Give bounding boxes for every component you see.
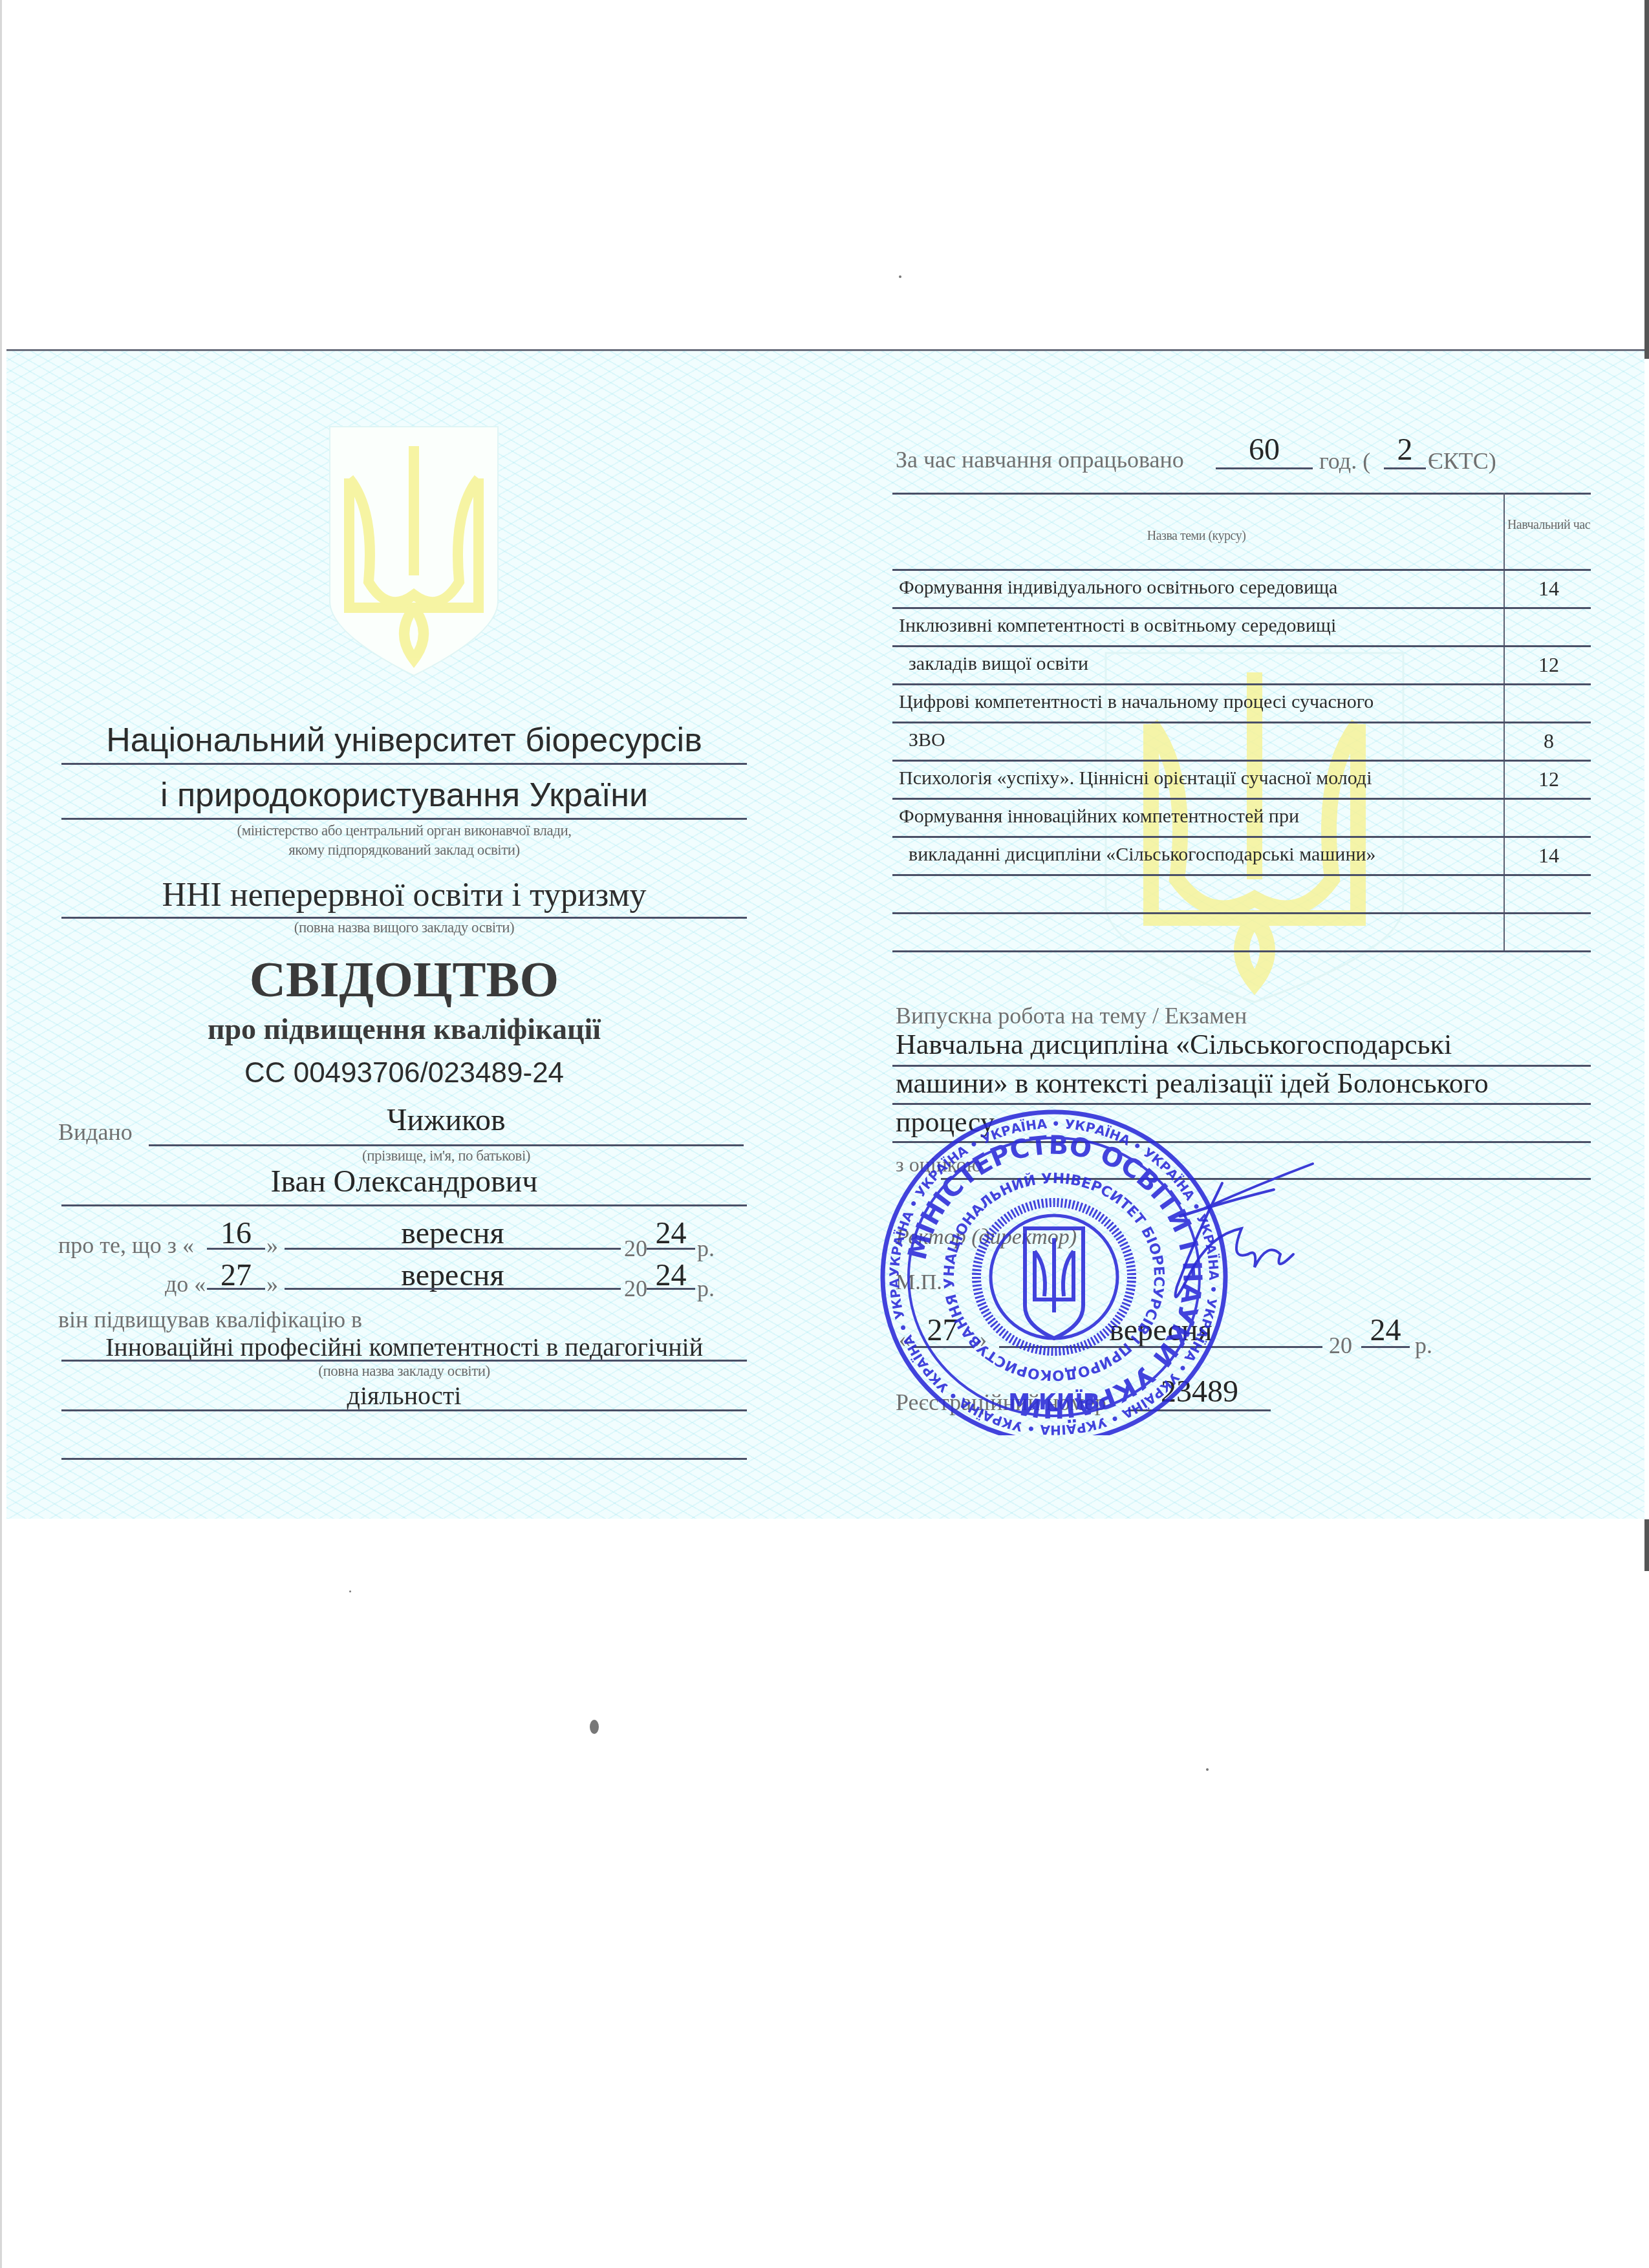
final-work-line2: машини» в контексті реалізації ідей Боло… xyxy=(896,1067,1489,1100)
svg-text:М.КИЇВ: М.КИЇВ xyxy=(1008,1389,1100,1415)
year-suffix: р. xyxy=(697,1275,715,1302)
underline xyxy=(61,1360,747,1362)
year-prefix: 20 xyxy=(624,1275,647,1302)
institution-name-line1: Національний університет біоресурсів xyxy=(61,721,747,760)
underline xyxy=(647,1248,695,1250)
table-row-topic: Формування інноваційних компетентностей … xyxy=(899,806,1299,828)
scan-speck xyxy=(349,1590,351,1592)
quote-close: » xyxy=(266,1270,278,1298)
table-top-border xyxy=(892,493,1591,495)
scan-edge-right xyxy=(1644,0,1649,359)
unit-caption: (повна назва вищого закладу освіти) xyxy=(61,919,747,936)
underline xyxy=(61,763,747,765)
ministry-caption-line1: (міністерство або центральний орган вико… xyxy=(61,822,747,839)
period-from-year: 24 xyxy=(647,1215,695,1251)
underline xyxy=(207,1248,265,1250)
table-row-border xyxy=(892,760,1591,762)
underline xyxy=(285,1248,621,1250)
date-year-suffix: р. xyxy=(1415,1332,1432,1359)
table-row-border xyxy=(892,874,1591,876)
hours-intro: За час навчання опрацьовано xyxy=(896,446,1184,473)
table-row-border xyxy=(892,912,1591,914)
scan-edge-left xyxy=(0,0,2,2268)
document-subtitle: про підвищення кваліфікації xyxy=(61,1012,747,1046)
year-prefix: 20 xyxy=(624,1235,647,1262)
table-row-border xyxy=(892,722,1591,723)
quote-close: » xyxy=(266,1232,278,1259)
underline xyxy=(61,818,747,820)
program-caption: (повна назва закладу освіти) xyxy=(61,1363,747,1380)
underline xyxy=(1216,467,1313,469)
certificate-number: СС 00493706/023489-24 xyxy=(61,1057,747,1089)
official-seal-stamp: УКРАЇНА • УКРАЇНА • УКРАЇНА • УКРАЇНА • … xyxy=(860,1099,1248,1435)
ministry-caption-line2: якому підпорядкований заклад освіти) xyxy=(61,842,747,859)
underline xyxy=(61,917,747,919)
table-row-topic: ЗВО xyxy=(909,729,945,751)
program-name-line1: Інноваційні професійні компетентності в … xyxy=(61,1332,747,1362)
underline xyxy=(285,1288,621,1290)
scan-speck xyxy=(590,1720,599,1734)
final-work-line1: Навчальна дисципліна «Сільськогосподарсь… xyxy=(896,1028,1452,1061)
table-header-hours: Навчальний час xyxy=(1507,514,1591,536)
coat-of-arms-watermark-icon xyxy=(323,420,504,679)
final-work-label: Випускна робота на тему / Екзамен xyxy=(896,1002,1247,1029)
table-row-border xyxy=(892,607,1591,609)
date-year: 24 xyxy=(1361,1312,1410,1348)
date-year-prefix: 20 xyxy=(1329,1332,1352,1359)
program-name-line2: діяльності xyxy=(61,1380,747,1411)
period-to-label: до « xyxy=(165,1270,206,1298)
table-row-topic: викладанні дисципліни «Сільськогосподарс… xyxy=(909,844,1376,866)
period-from-month: вересня xyxy=(285,1215,621,1251)
underline xyxy=(1361,1346,1410,1348)
scan-edge-right xyxy=(1644,1519,1649,1571)
hours-total: 60 xyxy=(1216,432,1313,467)
table-row-border xyxy=(892,798,1591,800)
period-from-label: про те, що з « xyxy=(58,1232,194,1259)
scan-speck xyxy=(1206,1768,1209,1771)
table-row-topic: Інклюзивні компетентності в освітньому с… xyxy=(899,615,1336,637)
table-row-border xyxy=(892,836,1591,838)
table-row-hours: 8 xyxy=(1507,729,1591,753)
table-row-hours: 12 xyxy=(1507,653,1591,677)
holder-surname: Чижиков xyxy=(149,1102,744,1138)
institution-name-line2: і природокористування України xyxy=(61,776,747,815)
underline xyxy=(61,1409,747,1411)
table-header-topic: Назва теми (курсу) xyxy=(892,529,1500,544)
hours-unit: год. ( xyxy=(1319,447,1370,475)
unit-name: ННІ неперервної освіти і туризму xyxy=(61,876,747,914)
table-header-border xyxy=(892,569,1591,571)
table-row-border xyxy=(892,683,1591,685)
table-row-topic: Цифрові компетентності в начальному проц… xyxy=(899,691,1374,713)
table-row-border xyxy=(892,645,1591,647)
table-row-topic: Формування індивідуального освітнього се… xyxy=(899,577,1337,599)
issued-label: Видано xyxy=(58,1118,133,1146)
underline xyxy=(647,1288,695,1290)
underline xyxy=(61,1458,747,1460)
period-from-day: 16 xyxy=(207,1215,265,1251)
underline xyxy=(1384,467,1426,469)
ects-value: 2 xyxy=(1384,432,1426,467)
underline xyxy=(207,1288,265,1290)
table-row-topic: закладів вищої освіти xyxy=(909,653,1088,675)
scan-speck xyxy=(899,275,901,278)
table-row-hours: 14 xyxy=(1507,577,1591,601)
table-row-hours: 14 xyxy=(1507,844,1591,868)
document-title: СВІДОЦТВО xyxy=(61,950,747,1009)
ects-label: ЄКТС) xyxy=(1428,447,1496,475)
qualification-label: він підвищував кваліфікацію в xyxy=(58,1306,362,1333)
table-row-topic: Психологія «успіху». Ціннісні орієнтації… xyxy=(899,767,1372,789)
year-suffix: р. xyxy=(697,1235,715,1262)
underline xyxy=(149,1144,744,1146)
table-row-hours: 12 xyxy=(1507,767,1591,791)
table-row-border xyxy=(892,950,1591,952)
name-caption: (прізвище, ім'я, по батькові) xyxy=(149,1148,744,1164)
underline xyxy=(61,1204,747,1206)
holder-given-names: Іван Олександрович xyxy=(61,1164,747,1199)
